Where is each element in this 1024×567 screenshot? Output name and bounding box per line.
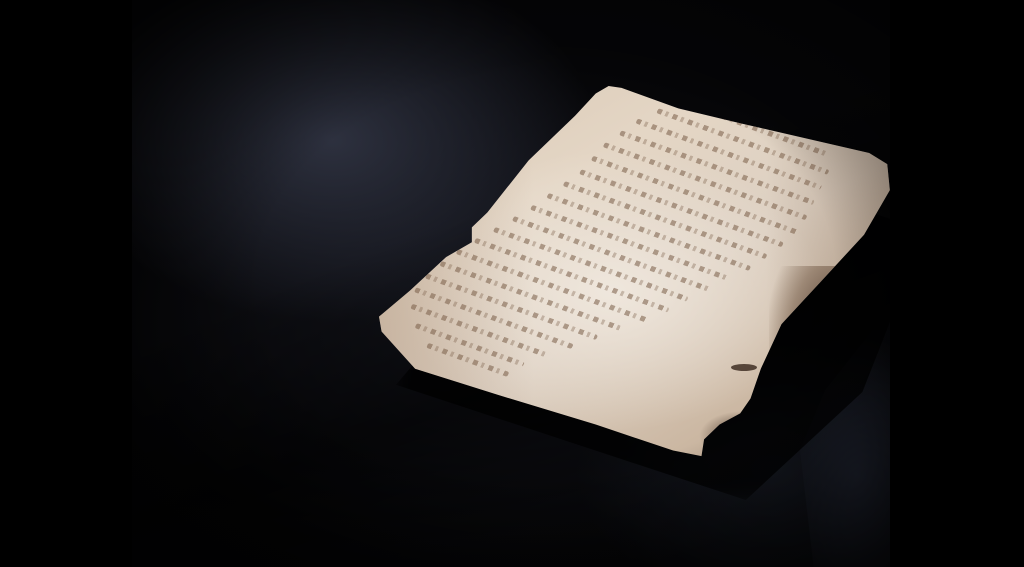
photograph [132, 0, 890, 567]
inscription-line [425, 273, 598, 340]
image-frame [0, 0, 1024, 567]
surface-chip [731, 364, 757, 371]
inscription-line [439, 261, 621, 331]
